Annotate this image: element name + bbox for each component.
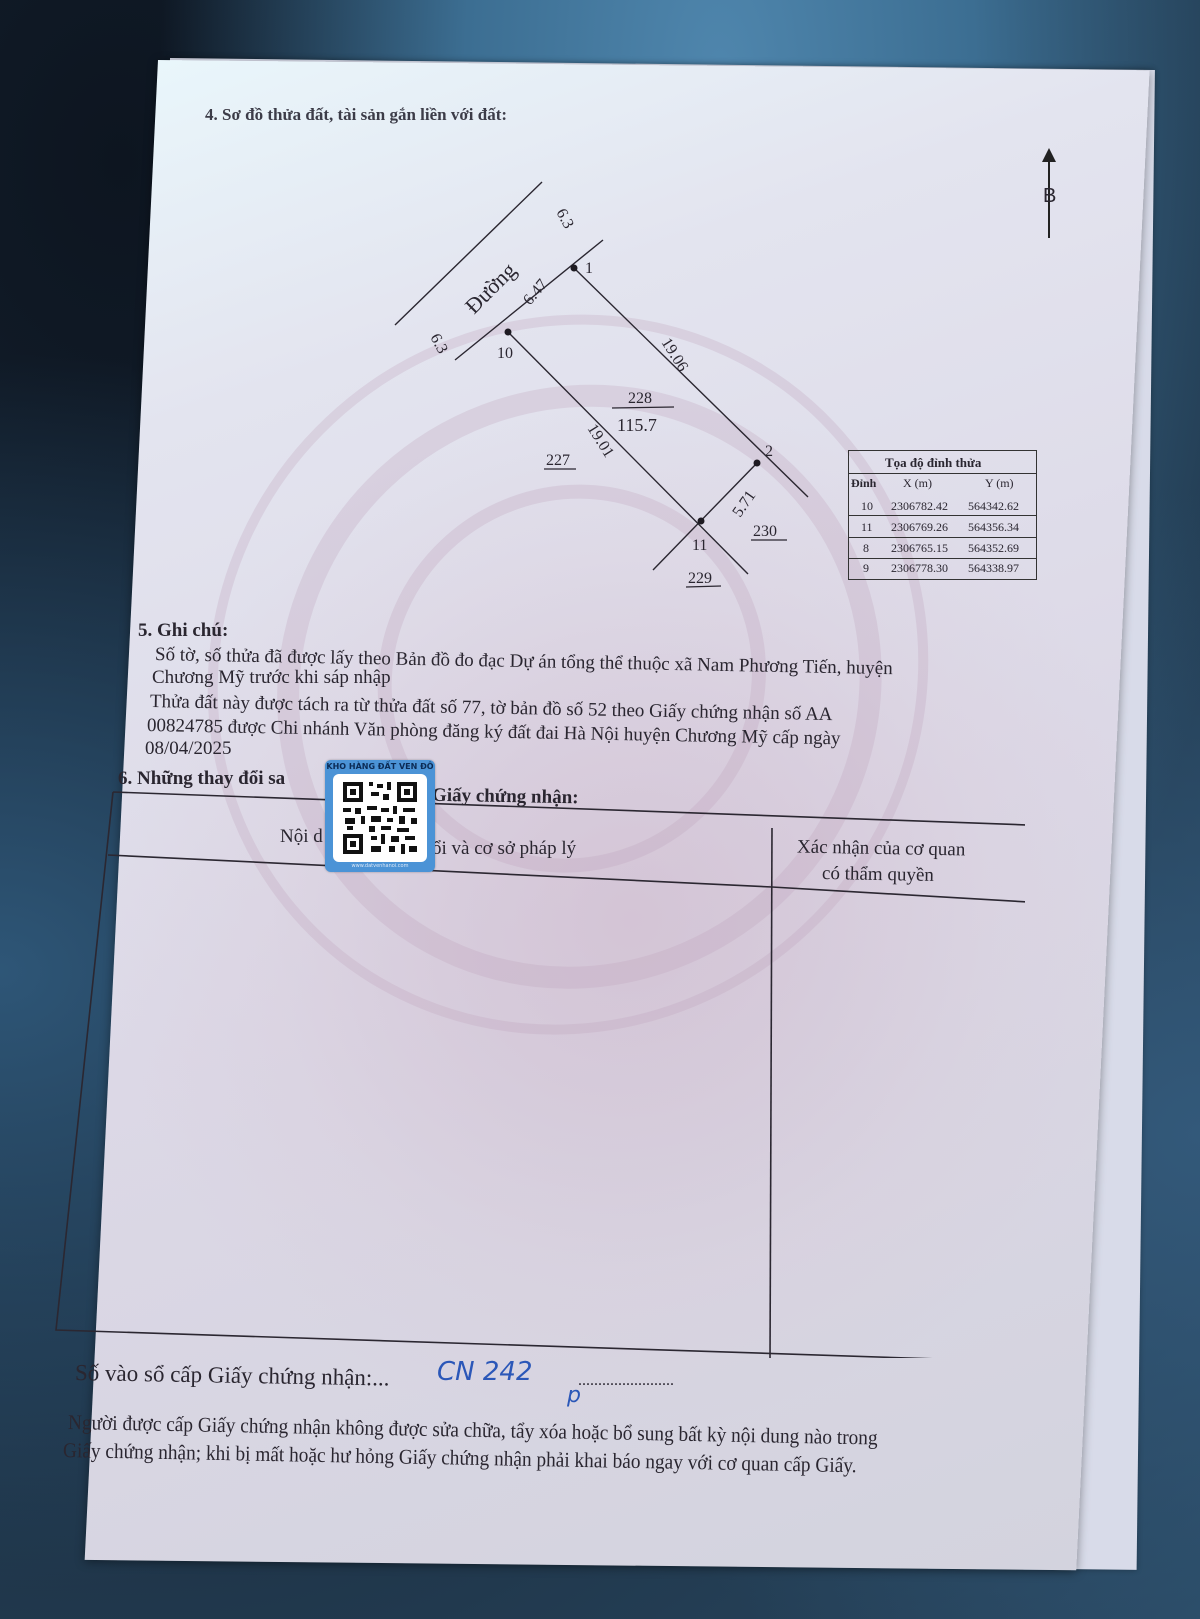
coord-row-vertex: 11 — [861, 520, 873, 535]
neighbor-227: 227 — [546, 452, 570, 469]
point-10-label: 10 — [497, 345, 513, 362]
qr-badge-footer: www.datvenhanoi.com — [325, 863, 435, 869]
coord-row-x: 2306778.30 — [891, 561, 948, 576]
road-width-top: 6.3 — [552, 206, 576, 232]
coord-row-y: 564342.62 — [968, 499, 1019, 514]
point-1-label: 1 — [585, 260, 593, 277]
coord-header-y: Y (m) — [985, 476, 1014, 491]
coord-row-vertex: 9 — [863, 561, 869, 576]
coord-row-vertex: 8 — [863, 541, 869, 556]
edge-2-11-length: 5.71 — [729, 488, 759, 521]
edge-11-10-length: 19.01 — [584, 421, 617, 461]
point-2-label: 2 — [765, 443, 773, 460]
coord-row-y: 564338.97 — [968, 561, 1019, 576]
col1-header-cont: ổi và cơ sở pháp lý — [432, 838, 576, 860]
neighbor-230: 230 — [753, 523, 777, 540]
registry-dots: ........................ — [578, 1372, 674, 1390]
col2-header-line1: Xác nhận của cơ quan — [797, 837, 966, 862]
coord-row-y: 564352.69 — [968, 541, 1019, 556]
section6-title: 6. Những thay đổi sa — [118, 768, 285, 790]
qr-badge[interactable]: KHO HÀNG ĐẤT VEN ĐÔ www.datvenhanoi.com — [325, 760, 435, 872]
qr-badge-title: KHO HÀNG ĐẤT VEN ĐÔ — [325, 762, 435, 771]
coord-row-x: 2306769.26 — [891, 520, 948, 535]
road-width-bottom: 6.3 — [426, 331, 450, 357]
note-line: Chương Mỹ trước khi sáp nhập — [152, 667, 391, 689]
coord-row-x: 2306765.15 — [891, 541, 948, 556]
parcel-area: 115.7 — [617, 415, 657, 435]
coord-row-x: 2306782.42 — [891, 499, 948, 514]
point-11-label: 11 — [692, 537, 707, 554]
coordinate-table: Tọa độ đỉnh thửa Đỉnh X (m) Y (m) 10 230… — [848, 450, 1037, 580]
road-label: Đường — [460, 257, 521, 318]
col2-header-line2: có thẩm quyền — [822, 863, 934, 887]
coord-header-x: X (m) — [903, 476, 932, 491]
section5-title: 5. Ghi chú: — [138, 620, 228, 642]
col1-header: Nội d — [280, 826, 323, 848]
registry-handwritten-value: CN 242 — [437, 1357, 533, 1387]
neighbor-229: 229 — [688, 570, 712, 587]
coord-row-y: 564356.34 — [968, 520, 1019, 535]
registry-label: Số vào sổ cấp Giấy chứng nhận:... — [75, 1360, 390, 1391]
qr-code-icon — [333, 774, 427, 862]
parcel-number: 228 — [628, 390, 652, 407]
coord-row-vertex: 10 — [861, 499, 873, 514]
coord-table-title: Tọa độ đỉnh thửa — [885, 455, 981, 471]
coord-header-vertex: Đỉnh — [851, 476, 876, 491]
note-line: 08/04/2025 — [145, 738, 232, 760]
